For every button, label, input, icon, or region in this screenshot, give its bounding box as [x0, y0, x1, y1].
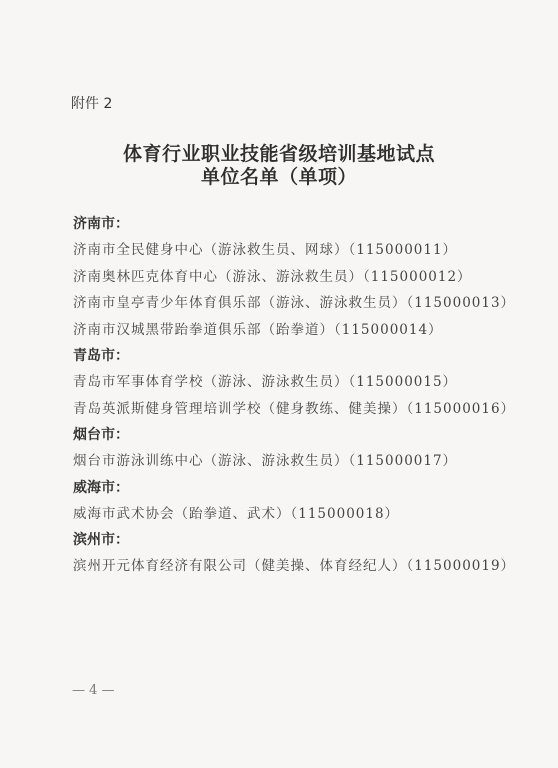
list-item: 济南市汉城黑带跆拳道俱乐部（跆拳道）（115000014）: [73, 317, 515, 344]
city-heading: 烟台市：: [73, 422, 515, 448]
attachment-label: 附件 2: [71, 93, 112, 113]
list-item: 济南市皇亭青少年体育俱乐部（游泳、游泳救生员）（115000013）: [73, 290, 515, 317]
list-item: 济南市全民健身中心（游泳救生员、网球）（115000011）: [73, 237, 515, 264]
city-heading: 威海市：: [73, 475, 515, 501]
document-title-line-2: 单位名单（单项）: [0, 162, 558, 189]
list-item: 济南奥林匹克体育中心（游泳、游泳救生员）（115000012）: [73, 264, 515, 291]
list-item: 青岛英派斯健身管理培训学校（健身教练、健美操）（115000016）: [73, 396, 515, 423]
page-number: — 4 —: [72, 683, 115, 698]
list-item: 滨州开元体育经济有限公司（健美操、体育经纪人）（115000019）: [73, 553, 515, 580]
list-item: 烟台市游泳训练中心（游泳、游泳救生员）（115000017）: [73, 448, 515, 475]
city-heading: 济南市：: [73, 211, 515, 237]
city-heading: 青岛市：: [73, 343, 515, 369]
list-item: 威海市武术协会（跆拳道、武术）（115000018）: [73, 501, 515, 528]
city-heading: 滨州市：: [73, 527, 515, 553]
list-item: 青岛市军事体育学校（游泳、游泳救生员）（115000015）: [73, 369, 515, 396]
unit-list: 济南市： 济南市全民健身中心（游泳救生员、网球）（115000011） 济南奥林…: [73, 211, 515, 580]
